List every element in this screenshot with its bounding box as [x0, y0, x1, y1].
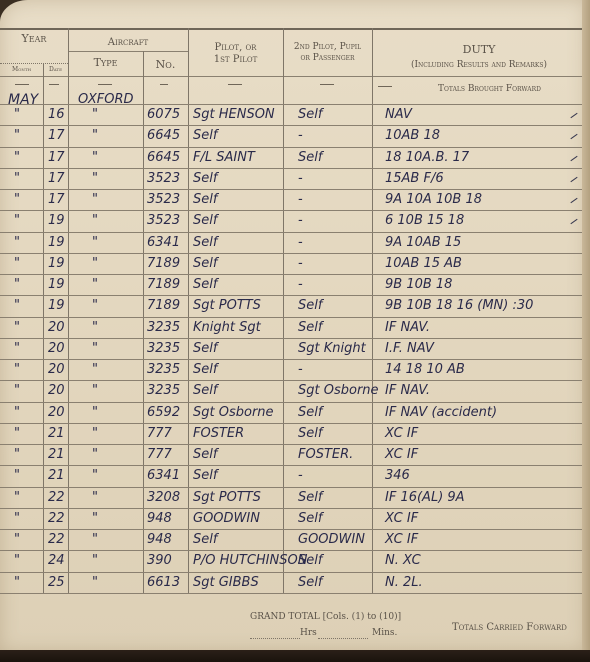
- row-rule: [0, 317, 586, 318]
- cell-second: Self: [298, 426, 322, 441]
- header-pilot-line2: 1st Pilot: [188, 54, 283, 66]
- dash: [98, 84, 112, 85]
- cell-type: ": [92, 511, 98, 526]
- cell-second: Sgt Osborne: [298, 383, 379, 398]
- cell-pilot: Self: [193, 468, 217, 483]
- cell-pilot: Self: [193, 213, 217, 228]
- cell-second: Self: [298, 490, 322, 505]
- cell-month: ": [14, 383, 20, 398]
- cell-date: 17: [48, 192, 65, 207]
- cell-no: 3208: [147, 490, 180, 505]
- header-duty: DUTY: [372, 43, 586, 56]
- header-second-line1: 2nd Pilot, Pupil: [283, 42, 372, 53]
- cell-no: 6613: [147, 575, 180, 590]
- row-rule: [0, 147, 586, 148]
- row-rule: [0, 465, 586, 466]
- check-mark-icon: [570, 177, 577, 182]
- row-rule: [0, 380, 586, 381]
- cell-duty: XC IF: [385, 426, 418, 441]
- cell-no: 3523: [147, 213, 180, 228]
- cell-no: 7189: [147, 256, 180, 271]
- check-mark-icon: [570, 198, 577, 203]
- cell-no: 948: [147, 532, 172, 547]
- cell-no: 6341: [147, 235, 180, 250]
- cell-month: ": [14, 341, 20, 356]
- cell-month: ": [14, 256, 20, 271]
- book-bottom-edge: [0, 650, 590, 662]
- cell-second: Self: [298, 511, 322, 526]
- cell-type: ": [92, 447, 98, 462]
- cell-type: ": [92, 362, 98, 377]
- cell-type: ": [92, 277, 98, 292]
- cell-second: Sgt Knight: [298, 341, 366, 356]
- grand-total-label: GRAND TOTAL [Cols. (1) to (10)]: [250, 612, 401, 622]
- cell-date: 20: [48, 320, 65, 335]
- cell-second: Self: [298, 107, 322, 122]
- cell-type: ": [92, 341, 98, 356]
- cell-type: ": [92, 553, 98, 568]
- cell-type: ": [92, 298, 98, 313]
- cell-no: 777: [147, 426, 172, 441]
- header-top-rule: [0, 28, 586, 30]
- cell-duty: 9A 10A 10B 18: [385, 192, 482, 207]
- cell-month: ": [14, 426, 20, 441]
- cell-second: -: [298, 171, 303, 186]
- check-mark-icon: [570, 134, 577, 139]
- cell-no: 777: [147, 447, 172, 462]
- cell-type: ": [92, 405, 98, 420]
- row-rule: [0, 274, 586, 275]
- row-rule: [0, 168, 586, 169]
- cell-duty: XC IF: [385, 511, 418, 526]
- cell-pilot: Self: [193, 256, 217, 271]
- cell-duty: 9A 10AB 15: [385, 235, 461, 250]
- cell-type: ": [92, 426, 98, 441]
- row-rule: [0, 210, 586, 211]
- cell-date: 16: [48, 107, 65, 122]
- cell-date: 17: [48, 128, 65, 143]
- dash: [160, 84, 168, 85]
- row-rule: [0, 487, 586, 488]
- cell-duty: IF NAV (accident): [385, 405, 497, 420]
- cell-pilot: FOSTER: [193, 426, 244, 441]
- totals-carried-forward: Totals Carried Forward: [452, 622, 567, 633]
- header-no: No.: [143, 58, 188, 71]
- row-rule: [0, 572, 586, 573]
- cell-no: 6645: [147, 150, 180, 165]
- cell-date: 17: [48, 171, 65, 186]
- header-pilot: Pilot, or 1st Pilot: [188, 42, 283, 66]
- cell-type: ": [92, 490, 98, 505]
- cell-pilot: F/L SAINT: [193, 150, 255, 165]
- cell-no: 6075: [147, 107, 180, 122]
- cell-duty: IF 16(AL) 9A: [385, 490, 465, 505]
- cell-date: 20: [48, 383, 65, 398]
- cell-month: ": [14, 468, 20, 483]
- cell-type: ": [92, 107, 98, 122]
- cell-type: ": [92, 213, 98, 228]
- cell-pilot: Sgt POTTS: [193, 298, 261, 313]
- check-mark-icon: [570, 155, 577, 160]
- cell-duty: IF NAV.: [385, 320, 430, 335]
- cell-month: ": [14, 235, 20, 250]
- cell-type: ": [92, 532, 98, 547]
- dash: [378, 86, 392, 87]
- cell-month: ": [14, 277, 20, 292]
- cell-pilot: Sgt Osborne: [193, 405, 274, 420]
- cell-pilot: Self: [193, 171, 217, 186]
- cell-month: ": [14, 128, 20, 143]
- cell-month: ": [14, 532, 20, 547]
- footer-rule: [0, 593, 586, 594]
- cell-second: -: [298, 362, 303, 377]
- cell-month: ": [14, 213, 20, 228]
- cell-pilot: Self: [193, 362, 217, 377]
- cell-no: 6645: [147, 128, 180, 143]
- cell-no: 3235: [147, 362, 180, 377]
- cell-month: ": [14, 150, 20, 165]
- header-second-pilot: 2nd Pilot, Pupil or Passenger: [283, 42, 372, 64]
- cell-month: ": [14, 298, 20, 313]
- cell-no: 7189: [147, 298, 180, 313]
- row-rule: [0, 444, 586, 445]
- cell-month: ": [14, 511, 20, 526]
- cell-no: 3523: [147, 192, 180, 207]
- cell-duty: 14 18 10 AB: [385, 362, 465, 377]
- cell-pilot: Sgt POTTS: [193, 490, 261, 505]
- cell-pilot: Self: [193, 383, 217, 398]
- row-rule: [0, 125, 586, 126]
- row-rule: [0, 550, 586, 551]
- cell-date: 19: [48, 213, 65, 228]
- cell-date: 22: [48, 532, 65, 547]
- cell-month: ": [14, 490, 20, 505]
- cell-type: ": [92, 171, 98, 186]
- header-year: Year: [0, 32, 68, 45]
- cell-date: 22: [48, 511, 65, 526]
- cell-date: 19: [48, 298, 65, 313]
- aircraft-type-oxford: OXFORD: [78, 92, 134, 107]
- cell-pilot: P/O HUTCHINSON: [193, 553, 307, 568]
- cell-date: 24: [48, 553, 65, 568]
- cell-duty: I.F. NAV: [385, 341, 434, 356]
- cell-second: Self: [298, 150, 322, 165]
- cell-second: Self: [298, 320, 322, 335]
- cell-type: ": [92, 235, 98, 250]
- cell-no: 7189: [147, 277, 180, 292]
- cell-type: ": [92, 575, 98, 590]
- cell-duty: 10AB 15 AB: [385, 256, 462, 271]
- cell-type: ": [92, 383, 98, 398]
- row-rule: [0, 423, 586, 424]
- cell-date: 19: [48, 277, 65, 292]
- hrs-label: Hrs: [300, 628, 317, 638]
- check-mark-icon: [570, 219, 577, 224]
- cell-date: 20: [48, 341, 65, 356]
- cell-pilot: Self: [193, 235, 217, 250]
- cell-second: -: [298, 235, 303, 250]
- row-rule: [0, 508, 586, 509]
- totals-brought-forward: Totals Brought Forward: [438, 84, 578, 95]
- row-rule: [0, 253, 586, 254]
- cell-month: ": [14, 553, 20, 568]
- row-rule: [0, 189, 586, 190]
- cell-date: 20: [48, 405, 65, 420]
- logbook-page: Year Month Date Aircraft Type No. Pilot,…: [0, 0, 586, 652]
- dash: [228, 84, 242, 85]
- row-rule: [0, 338, 586, 339]
- header-type: Type: [68, 56, 143, 69]
- cell-month: ": [14, 447, 20, 462]
- row-rule: [0, 402, 586, 403]
- cell-pilot: Self: [193, 192, 217, 207]
- header-second-line2: or Passenger: [283, 53, 372, 64]
- header-bottom-rule: [0, 76, 586, 77]
- cell-no: 3523: [147, 171, 180, 186]
- cell-pilot: Knight Sgt: [193, 320, 261, 335]
- cell-duty: 15AB F/6: [385, 171, 444, 186]
- row-rule: [0, 232, 586, 233]
- cell-second: -: [298, 213, 303, 228]
- cell-duty: NAV: [385, 107, 412, 122]
- cell-second: Self: [298, 298, 322, 313]
- cell-date: 21: [48, 468, 65, 483]
- cell-date: 17: [48, 150, 65, 165]
- cell-second: -: [298, 128, 303, 143]
- cell-second: -: [298, 277, 303, 292]
- cell-no: 6341: [147, 468, 180, 483]
- cell-duty: 9B 10B 18: [385, 277, 452, 292]
- cell-type: ": [92, 128, 98, 143]
- cell-duty: 6 10B 15 18: [385, 213, 464, 228]
- cell-type: ": [92, 320, 98, 335]
- cell-date: 21: [48, 447, 65, 462]
- cell-duty: IF NAV.: [385, 383, 430, 398]
- row-rule: [0, 295, 586, 296]
- col-divider-no: [143, 51, 144, 593]
- cell-second: -: [298, 256, 303, 271]
- cell-month: ": [14, 575, 20, 590]
- check-mark-icon: [570, 113, 577, 118]
- cell-month: ": [14, 405, 20, 420]
- col-divider-date: [43, 63, 44, 593]
- cell-date: 21: [48, 426, 65, 441]
- cell-type: ": [92, 150, 98, 165]
- cell-second: -: [298, 192, 303, 207]
- cell-date: 20: [48, 362, 65, 377]
- cell-month: ": [14, 107, 20, 122]
- header-month: Month: [0, 66, 43, 73]
- row-rule: [0, 529, 586, 530]
- header-aircraft: Aircraft: [68, 37, 188, 49]
- dash: [15, 84, 29, 85]
- cell-date: 25: [48, 575, 65, 590]
- cell-pilot: GOODWIN: [193, 511, 260, 526]
- header-duty-subtitle: (Including Results and Remarks): [372, 60, 586, 71]
- month-may: MAY: [8, 92, 38, 108]
- cell-month: ": [14, 171, 20, 186]
- cell-duty: XC IF: [385, 532, 418, 547]
- cell-no: 3235: [147, 341, 180, 356]
- cell-second: Self: [298, 405, 322, 420]
- cell-duty: 10AB 18: [385, 128, 440, 143]
- header-pilot-line1: Pilot, or: [188, 42, 283, 54]
- dash: [49, 84, 59, 85]
- cell-second: Self: [298, 575, 322, 590]
- cell-pilot: Self: [193, 447, 217, 462]
- cell-no: 3235: [147, 320, 180, 335]
- header-date: Date: [43, 66, 68, 73]
- cell-no: 948: [147, 511, 172, 526]
- cell-duty: 18 10A.B. 17: [385, 150, 469, 165]
- dash: [320, 84, 334, 85]
- cell-second: -: [298, 468, 303, 483]
- cell-duty: N. 2L.: [385, 575, 423, 590]
- cell-second: GOODWIN: [298, 532, 365, 547]
- cell-date: 22: [48, 490, 65, 505]
- cell-second: FOSTER.: [298, 447, 353, 462]
- cell-date: 19: [48, 235, 65, 250]
- cell-type: ": [92, 256, 98, 271]
- cell-second: Self: [298, 553, 322, 568]
- cell-duty: XC IF: [385, 447, 418, 462]
- cell-pilot: Sgt GIBBS: [193, 575, 259, 590]
- row-rule: [0, 359, 586, 360]
- cell-no: 3235: [147, 383, 180, 398]
- cell-no: 6592: [147, 405, 180, 420]
- cell-pilot: Sgt HENSON: [193, 107, 275, 122]
- cell-type: ": [92, 468, 98, 483]
- mins-label: Mins.: [372, 628, 397, 638]
- cell-pilot: Self: [193, 341, 217, 356]
- cell-duty: N. XC: [385, 553, 421, 568]
- cell-month: ": [14, 362, 20, 377]
- mins-field: [318, 630, 368, 639]
- cell-no: 390: [147, 553, 172, 568]
- cell-pilot: Self: [193, 532, 217, 547]
- cell-month: ": [14, 320, 20, 335]
- cell-pilot: Self: [193, 277, 217, 292]
- aircraft-subrule: [68, 51, 188, 52]
- page-edge: [582, 0, 590, 662]
- cell-type: ": [92, 192, 98, 207]
- cell-month: ": [14, 192, 20, 207]
- cell-pilot: Self: [193, 128, 217, 143]
- hrs-field: [250, 630, 300, 639]
- cell-duty: 346: [385, 468, 410, 483]
- cell-date: 19: [48, 256, 65, 271]
- year-dotted-rule: [0, 63, 68, 65]
- cell-duty: 9B 10B 18 16 (MN) :30: [385, 298, 533, 313]
